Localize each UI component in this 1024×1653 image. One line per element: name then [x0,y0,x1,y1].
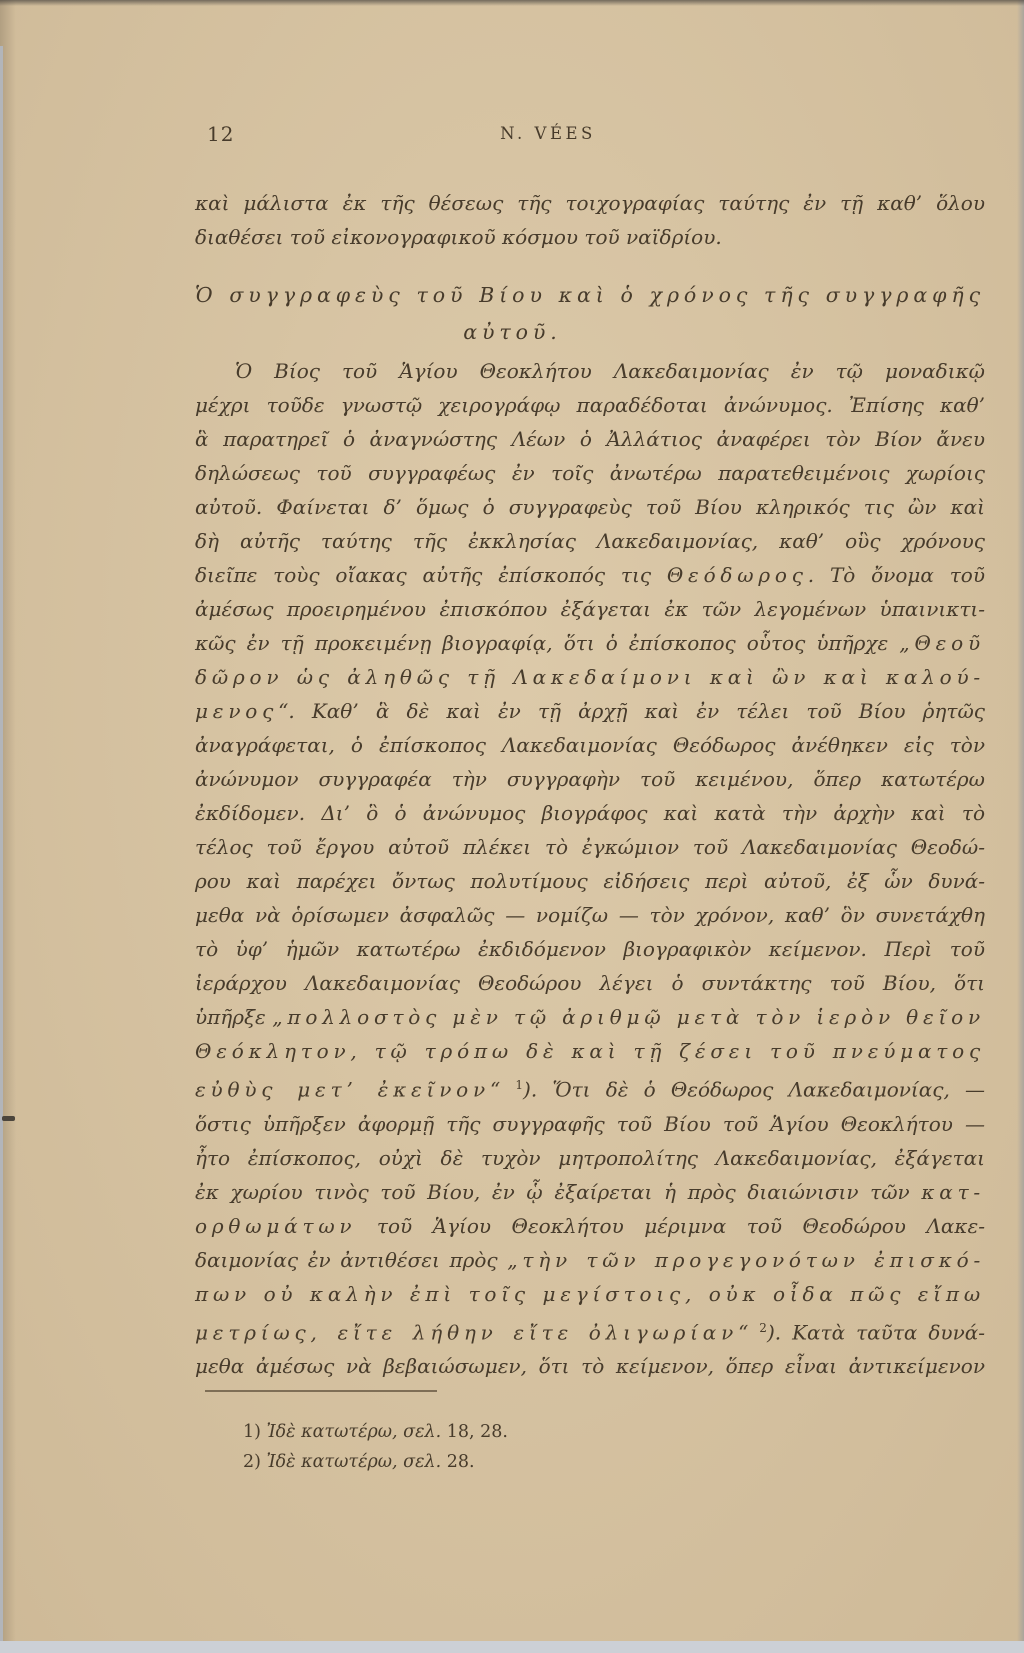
text-segment: καὶ μάλιστα ἐκ τῆς θέσεως τῆς τοιχογραφί… [195,191,985,215]
text-line: τέλος τοῦ ἔργου αὐτοῦ πλέκει τὸ ἐγκώμιον… [195,830,985,864]
text-segment: πων οὐ καλὴν ἐπὶ τοῖς μεγίστοις, οὐκ οἶδ… [195,1282,985,1306]
text-segment: 18, 28. [441,1422,508,1442]
text-line: αὐτοῦ. [195,314,985,351]
text-segment: δὴ αὐτῆς ταύτης τῆς ἐκκλησίας Λακεδαιμον… [195,529,985,553]
text-segment: ἀναγράφεται, ὁ ἐπίσκοπος Λακεδαιμονίας Θ… [195,733,985,757]
text-line: ἀναγράφεται, ὁ ἐπίσκοπος Λακεδαιμονίας Θ… [195,728,985,762]
text-line: καὶ μάλιστα ἐκ τῆς θέσεως τῆς τοιχογραφί… [195,186,985,220]
text-segment: “. Καθ’ ἃ δὲ καὶ ἐν τῇ ἀρχῇ καὶ ἐν τέλει… [278,699,985,723]
text-segment: 1) [243,1422,267,1442]
footnote-reference: 1 [515,1078,523,1092]
text-line: ρου καὶ παρέχει ὄντως πολυτίμους εἰδήσει… [195,864,985,898]
text-segment: εὐθὺς μετ’ ἐκεῖνον [195,1078,490,1102]
text-line: μενος“. Καθ’ ἃ δὲ καὶ ἐν τῇ ἀρχῇ καὶ ἐν … [195,694,985,728]
text-line: ορθωμάτων τοῦ Ἁγίου Θεοκλήτου μέριμνα το… [195,1209,985,1243]
text-segment: αὐτοῦ. [463,320,562,344]
body-paragraph: Ὁ Βίος τοῦ Ἁγίου Θεοκλήτου Λακεδαιμονίας… [195,354,985,1383]
text-line: ὅστις ὑπῆρξεν ἀφορμῇ τῆς συγγραφῆς τοῦ Β… [195,1107,985,1141]
text-segment: „Θεοῦ [899,631,985,655]
text-line: ὑπῆρξε „πολλοστὸς μὲν τῷ ἀριθμῷ μετὰ τὸν… [195,1000,985,1034]
text-segment: Ἰδὲ κατωτέρω, σελ. [267,1422,442,1442]
text-segment: μεθα νὰ ὁρίσωμεν ἀσφαλῶς — νομίζω — τὸν … [195,903,985,927]
text-segment: αὐτοῦ. Φαίνεται δ’ ὅμως ὁ συγγραφεὺς τοῦ… [195,495,985,519]
text-line: Ὁ Βίος τοῦ Ἁγίου Θεοκλήτου Λακεδαιμονίας… [195,354,985,388]
text-line: δὴ αὐτῆς ταύτης τῆς ἐκκλησίας Λακεδαιμον… [195,524,985,558]
text-segment: ὅστις ὑπῆρξεν ἀφορμῇ τῆς συγγραφῆς τοῦ Β… [195,1112,985,1136]
text-segment: κῶς ἐν τῇ προκειμένῃ βιογραφίᾳ, ὅτι ὁ ἐπ… [195,631,899,655]
scan-edge-top [0,0,1024,6]
section-heading: Ὁ συγγραφεὺς τοῦ Βίου καὶ ὁ χρόνος τῆς σ… [195,277,985,351]
text-line: ἱεράρχου Λακεδαιμονίας Θεοδώρου λέγει ὁ … [195,966,985,1000]
intro-paragraph: καὶ μάλιστα ἐκ τῆς θέσεως τῆς τοιχογραφί… [195,186,985,254]
text-segment: δῶρον ὡς ἀληθῶς τῇ Λακεδαίμονι καὶ ὢν κα… [195,665,985,689]
text-segment: τὸ ὑφ’ ἡμῶν κατωτέρω ἐκδιδόμενον βιογραφ… [195,937,985,961]
footnote-rule [205,1390,437,1392]
scan-edge-bottom [0,1641,1024,1653]
text-line: δῶρον ὡς ἀληθῶς τῇ Λακεδαίμονι καὶ ὢν κα… [195,660,985,694]
text-segment: δαιμονίας ἐν ἀντιθέσει πρὸς [195,1248,507,1272]
footnote-reference: 2 [759,1321,767,1335]
text-segment: μεθα ἀμέσως νὰ βεβαιώσωμεν, ὅτι τὸ κείμε… [195,1354,985,1378]
text-segment: ὑπῆρξε [195,1005,272,1029]
text-segment: κατ- [921,1180,985,1204]
text-segment: δηλώσεως τοῦ συγγραφέως ἐν τοῖς ἀνωτέρω … [195,461,985,485]
text-line: δαιμονίας ἐν ἀντιθέσει πρὸς „τὴν τῶν προ… [195,1243,985,1277]
text-segment: μενος [195,699,278,723]
text-segment: ἀνώνυμον συγγραφέα τὴν συγγραφὴν τοῦ κει… [195,767,985,791]
text-segment: ἱεράρχου Λακεδαιμονίας Θεοδώρου λέγει ὁ … [195,971,985,995]
text-segment: ἃ παρατηρεῖ ὁ ἀναγνώστης Λέων ὁ Ἀλλάτιος… [195,427,985,451]
text-line: κῶς ἐν τῇ προκειμένῃ βιογραφίᾳ, ὅτι ὁ ἐπ… [195,626,985,660]
text-line: διαθέσει τοῦ εἰκονογραφικοῦ κόσμου τοῦ ν… [195,220,985,254]
text-line: Ὁ συγγραφεὺς τοῦ Βίου καὶ ὁ χρόνος τῆς σ… [195,277,985,314]
text-segment: ἐκ χωρίου τινὸς τοῦ Βίου, ἐν ᾧ ἐξαίρεται… [195,1180,921,1204]
text-segment: “ [738,1320,759,1344]
text-segment: ἐκδίδομεν. Δι’ ὃ ὁ ἀνώνυμος βιογράφος κα… [195,801,985,825]
text-segment: “ [490,1078,515,1102]
text-segment: „τὴν τῶν προγεγονότων ἐπισκό- [507,1248,985,1272]
footnotes: 1) Ἰδὲ κατωτέρω, σελ. 18, 28.2) Ἰδὲ κατω… [195,1417,985,1477]
text-segment: ἦτο ἐπίσκοπος, οὐχὶ δὲ τυχὸν μητροπολίτη… [195,1146,985,1170]
text-line: πων οὐ καλὴν ἐπὶ τοῖς μεγίστοις, οὐκ οἶδ… [195,1277,985,1311]
text-line: ἐκδίδομεν. Δι’ ὃ ὁ ἀνώνυμος βιογράφος κα… [195,796,985,830]
text-line: δηλώσεως τοῦ συγγραφέως ἐν τοῖς ἀνωτέρω … [195,456,985,490]
running-head: N. VÉES [153,124,943,143]
text-line: 1) Ἰδὲ κατωτέρω, σελ. 18, 28. [195,1417,985,1447]
text-line: μετρίως, εἴτε λήθην εἴτε ὀλιγωρίαν“ 2). … [195,1311,985,1350]
scan-edge-right [1017,0,1024,1641]
scanned-page: { "colors": { "paper": "#d8c4a2", "ink":… [0,0,1024,1653]
text-segment: ορθωμάτων [195,1214,356,1238]
text-segment: ). Κατὰ ταῦτα δυνά- [767,1320,985,1344]
text-line: ἀνώνυμον συγγραφέα τὴν συγγραφὴν τοῦ κει… [195,762,985,796]
page-margin-mark [2,1116,15,1121]
text-segment: μέχρι τοῦδε γνωστῷ χειρογράφῳ παραδέδοτα… [195,393,985,417]
text-line: μεθα ἀμέσως νὰ βεβαιώσωμεν, ὅτι τὸ κείμε… [195,1349,985,1383]
text-line: ἐκ χωρίου τινὸς τοῦ Βίου, ἐν ᾧ ἐξαίρεται… [195,1175,985,1209]
text-line: ἀμέσως προειρημένου ἐπισκόπου ἐξάγεται ἐ… [195,592,985,626]
text-segment: τέλος τοῦ ἔργου αὐτοῦ πλέκει τὸ ἐγκώμιον… [195,835,985,859]
text-segment: διαθέσει τοῦ εἰκονογραφικοῦ κόσμου τοῦ ν… [195,225,722,249]
text-segment: Ὁ συγγραφεὺς τοῦ Βίου καὶ ὁ χρόνος τῆς σ… [195,283,985,307]
text-segment: . Τὸ ὄνομα τοῦ [808,563,985,587]
text-segment: 28. [441,1452,474,1472]
text-segment: Θεόκλητον, τῷ τρόπω δὲ καὶ τῇ ζέσει τοῦ … [195,1039,985,1063]
text-segment: μετρίως, εἴτε λήθην εἴτε ὀλιγωρίαν [195,1320,738,1344]
text-segment: τοῦ Ἁγίου Θεοκλήτου μέριμνα τοῦ Θεοδώρου… [356,1214,985,1238]
text-line: τὸ ὑφ’ ἡμῶν κατωτέρω ἐκδιδόμενον βιογραφ… [195,932,985,966]
text-line: Θεόκλητον, τῷ τρόπω δὲ καὶ τῇ ζέσει τοῦ … [195,1034,985,1068]
text-segment: „πολλοστὸς μὲν τῷ ἀριθμῷ μετὰ τὸν ἱερὸν … [272,1005,985,1029]
text-line: 2) Ἰδὲ κατωτέρω, σελ. 28. [195,1447,985,1477]
text-segment: Ὁ Βίος τοῦ Ἁγίου Θεοκλήτου Λακεδαιμονίας… [235,359,985,383]
text-line: μέχρι τοῦδε γνωστῷ χειρογράφῳ παραδέδοτα… [195,388,985,422]
text-line: διεῖπε τοὺς οἴακας αὐτῆς ἐπίσκοπός τις Θ… [195,558,985,592]
text-line: ἃ παρατηρεῖ ὁ ἀναγνώστης Λέων ὁ Ἀλλάτιος… [195,422,985,456]
text-segment: Ἰδὲ κατωτέρω, σελ. [267,1452,442,1472]
text-segment: ρου καὶ παρέχει ὄντως πολυτίμους εἰδήσει… [195,869,985,893]
text-segment: ). Ὅτι δὲ ὁ Θεόδωρος Λακεδαιμονίας, — [523,1078,985,1102]
text-line: εὐθὺς μετ’ ἐκεῖνον“ 1). Ὅτι δὲ ὁ Θεόδωρο… [195,1068,985,1107]
text-segment: 2) [243,1452,267,1472]
text-line: αὐτοῦ. Φαίνεται δ’ ὅμως ὁ συγγραφεὺς τοῦ… [195,490,985,524]
text-segment: ἀμέσως προειρημένου ἐπισκόπου ἐξάγεται ἐ… [195,597,985,621]
text-segment: Θεόδωρος [667,563,808,587]
scan-edge-left [0,46,3,1641]
text-line: μεθα νὰ ὁρίσωμεν ἀσφαλῶς — νομίζω — τὸν … [195,898,985,932]
text-line: ἦτο ἐπίσκοπος, οὐχὶ δὲ τυχὸν μητροπολίτη… [195,1141,985,1175]
text-segment: διεῖπε τοὺς οἴακας αὐτῆς ἐπίσκοπός τις [195,563,667,587]
